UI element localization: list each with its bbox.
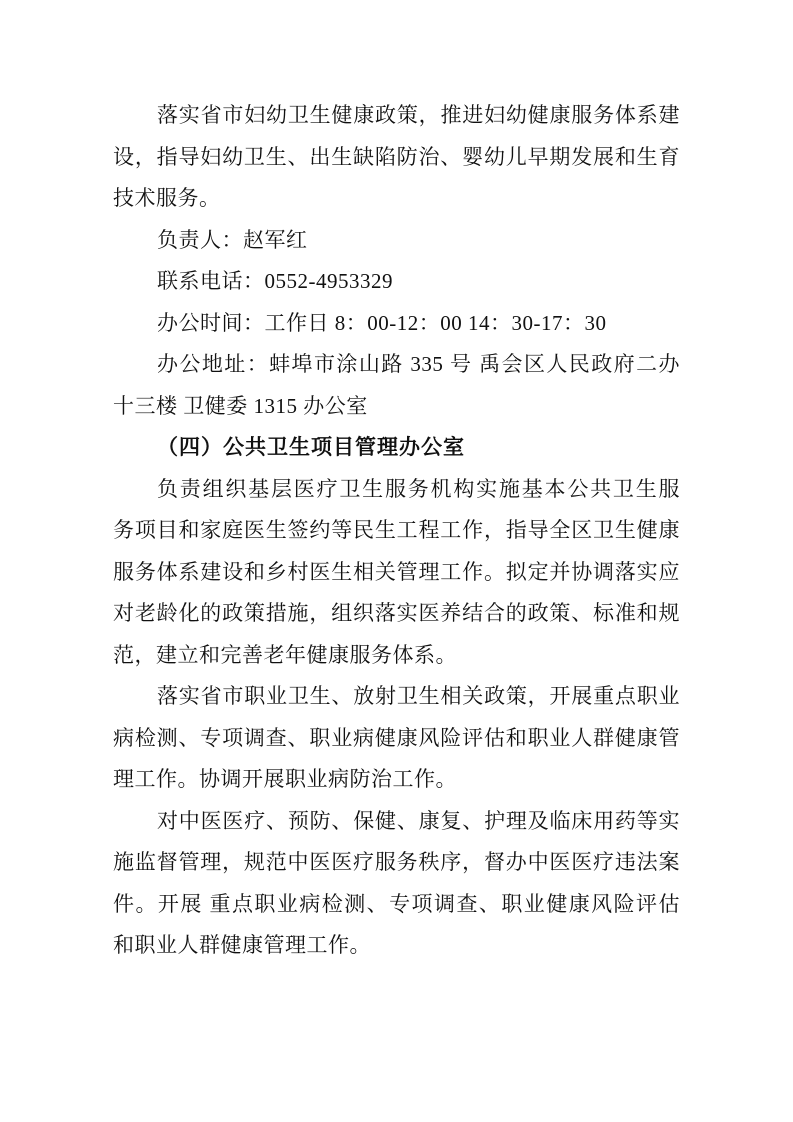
document-content: 落实省市妇幼卫生健康政策，推进妇幼健康服务体系建设，指导妇幼卫生、出生缺陷防治、…: [113, 95, 680, 967]
document-line: 和职业人群健康管理工作。: [113, 925, 680, 967]
document-line: 服务体系建设和乡村医生相关管理工作。拟定并协调落实应: [113, 552, 680, 594]
document-line: 负责组织基层医疗卫生服务机构实施基本公共卫生服: [113, 469, 680, 511]
document-line: 件。开展 重点职业病检测、专项调查、职业健康风险评估: [113, 884, 680, 926]
document-line: 病检测、专项调查、职业病健康风险评估和职业人群健康管: [113, 718, 680, 760]
document-line: 范，建立和完善老年健康服务体系。: [113, 635, 680, 677]
document-page: 落实省市妇幼卫生健康政策，推进妇幼健康服务体系建设，指导妇幼卫生、出生缺陷防治、…: [0, 0, 793, 1122]
document-line: 施监督管理，规范中医医疗服务秩序，督办中医医疗违法案: [113, 842, 680, 884]
document-line: 十三楼 卫健委 1315 办公室: [113, 386, 680, 428]
document-line: 联系电话：0552-4953329: [113, 261, 680, 303]
document-line: 落实省市职业卫生、放射卫生相关政策，开展重点职业: [113, 676, 680, 718]
document-line: 办公时间：工作日 8：00-12：00 14：30-17：30: [113, 303, 680, 345]
document-line: 落实省市妇幼卫生健康政策，推进妇幼健康服务体系建: [113, 95, 680, 137]
document-line: 办公地址：蚌埠市涂山路 335 号 禹会区人民政府二办: [113, 344, 680, 386]
document-line: 技术服务。: [113, 178, 680, 220]
document-line: 设，指导妇幼卫生、出生缺陷防治、婴幼儿早期发展和生育: [113, 137, 680, 179]
document-line: 对中医医疗、预防、保健、康复、护理及临床用药等实: [113, 801, 680, 843]
document-line: 务项目和家庭医生签约等民生工程工作，指导全区卫生健康: [113, 510, 680, 552]
document-line: 理工作。协调开展职业病防治工作。: [113, 759, 680, 801]
document-line: 对老龄化的政策措施，组织落实医养结合的政策、标准和规: [113, 593, 680, 635]
document-line: 负责人：赵军红: [113, 220, 680, 262]
section-heading: （四）公共卫生项目管理办公室: [113, 427, 680, 469]
